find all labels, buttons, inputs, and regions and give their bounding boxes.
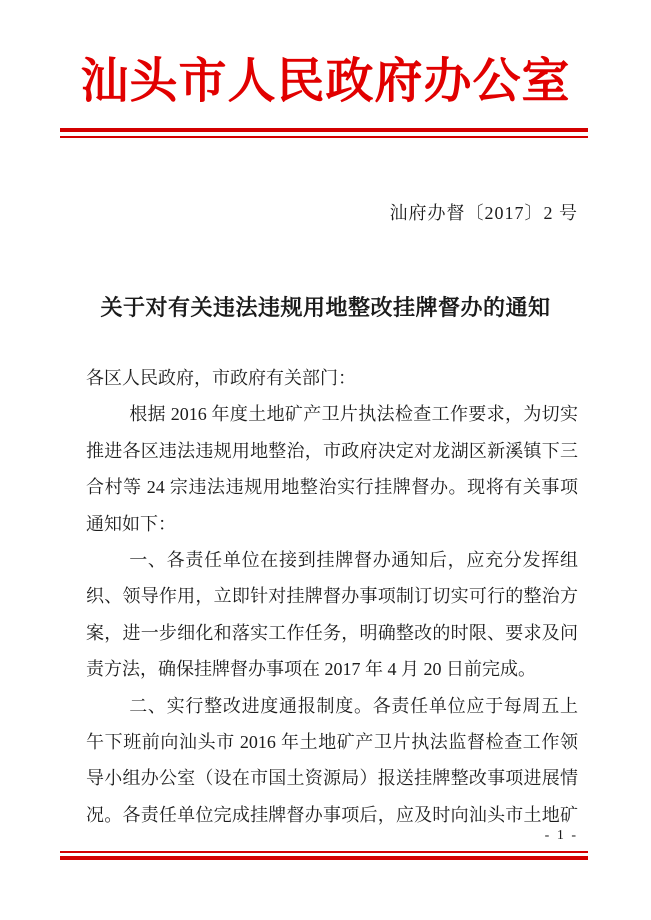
footer-double-rule xyxy=(60,851,588,860)
body-paragraph: 二、实行整改进度通报制度。各责任单位应于每周五上午下班前向汕头市 2016 年土… xyxy=(86,688,578,838)
letterhead-double-rule xyxy=(60,128,588,138)
document-page: 汕头市人民政府办公室 汕府办督〔2017〕2 号 关于对有关违法违规用地整改挂牌… xyxy=(0,0,651,920)
body-paragraph: 根据 2016 年度土地矿产卫片执法检查工作要求，为切实推进各区违法违规用地整治… xyxy=(86,396,578,542)
page-number: - 1 - xyxy=(85,828,578,844)
document-reference-number: 汕府办督〔2017〕2 号 xyxy=(85,199,578,225)
document-title: 关于对有关违法违规用地整改挂牌督办的通知 xyxy=(0,291,651,322)
body-paragraph: 一、各责任单位在接到挂牌督办通知后，应充分发挥组织、领导作用，立即针对挂牌督办事… xyxy=(86,542,578,688)
document-body: 各区人民政府，市政府有关部门： 根据 2016 年度土地矿产卫片执法检查工作要求… xyxy=(86,360,578,838)
salutation-line: 各区人民政府，市政府有关部门： xyxy=(86,360,578,396)
letterhead-org-name: 汕头市人民政府办公室 xyxy=(0,54,651,109)
